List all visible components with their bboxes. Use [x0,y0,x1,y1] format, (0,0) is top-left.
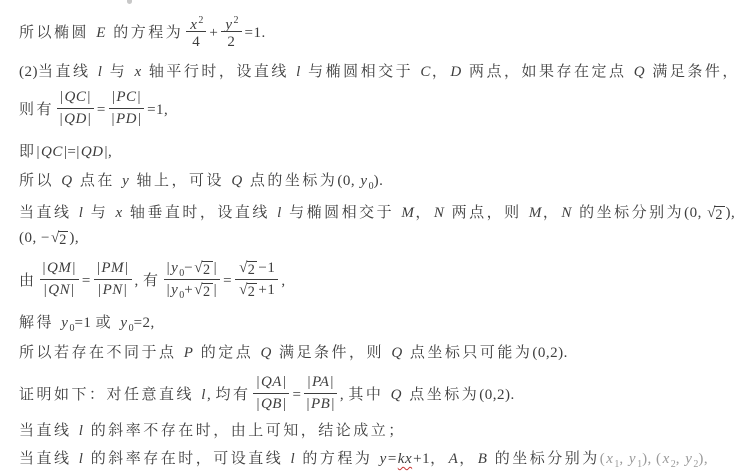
cjk-text: 两点，则 [445,205,528,221]
math-plain-text: | [283,374,287,390]
math-plain-text: −1 [258,260,275,276]
math-plain-text: | [60,89,64,105]
square-root: √2 [194,283,212,301]
crop-artifact-mark [127,0,132,4]
math-variable: l [295,64,302,80]
math-plain-text: | [331,396,335,412]
radicand: 2 [247,261,258,279]
cjk-text: 当直线 [38,64,97,80]
cjk-text: ， [430,451,448,467]
math-plain-text: | [43,260,47,276]
fraction: y22 [221,11,241,53]
math-plain-text: | [97,260,101,276]
radicand: 2 [714,206,724,224]
cjk-text: 即 [19,144,37,160]
math-variable: x [189,17,198,33]
fraction: |QA||QB| [253,373,289,415]
text-line: 当直线 l 的斜率不存在时，由上可知，结论成立； [19,418,736,444]
math-variable: QB [260,396,283,412]
math-variable: PD [115,111,138,127]
denominator: √2+1 [238,280,275,301]
math-variable: y [170,260,179,276]
cjk-text: 轴垂直时，设直线 [124,205,277,221]
math-plain-text: = [292,387,301,403]
math-variable: P [183,345,195,361]
cjk-text: ， [543,205,561,221]
math-plain-text: ), [726,205,736,221]
fraction: |QM||QN| [40,259,79,301]
math-variable: QC [40,144,64,160]
cjk-text: 点坐标为 [403,387,479,403]
cjk-text: 点在 [74,173,122,189]
math-variable: QD [80,144,105,160]
math-plain-text: | [307,374,311,390]
numerator: |PA| [304,373,336,394]
cjk-text: 点坐标只可能为 [404,345,533,361]
fraction: |PA||PB| [304,373,336,415]
denominator: |QB| [256,394,286,415]
denominator: |QD| [60,109,92,130]
math-variable: y [121,173,130,189]
math-plain-text: | [330,374,334,390]
math-plain-text: = [82,273,91,289]
math-plain-text: = [97,102,106,118]
text-line: 当直线 l 与 x 轴垂直时，设直线 l 与椭圆相交于 M，N 两点，则 M，N… [19,200,736,226]
cjk-text: ， [432,64,450,80]
math-plain-text: (0, [337,173,359,189]
math-variable: M [528,205,543,221]
math-plain-text: | [125,260,129,276]
math-variable: y [628,451,637,467]
math-variable: PA [311,374,330,390]
math-plain-text: (2) [19,64,38,80]
radicand: 2 [58,231,68,249]
math-plain-text: , [281,273,285,289]
math-plain-text: ), [698,451,708,467]
numerator: |PC| [109,88,144,109]
denominator: 4 [192,32,200,53]
numerator: |PM| [94,259,132,280]
cjk-text: 的斜率存在时，可设直线 [84,451,289,467]
math-plain-text: = [223,273,232,289]
cjk-text: 两点，如果存在定点 [463,64,633,80]
text-line: 所以 Q 点在 y 轴上，可设 Q 点的坐标为(0, y0). [19,168,736,194]
fraction: |QC||QD| [57,88,94,130]
cjk-text: 所以 [19,173,60,189]
cjk-text: 点的坐标为 [244,173,338,189]
math-variable: PB [310,396,331,412]
cjk-text: 轴平行时，设直线 [143,64,296,80]
math-variable: y [379,451,388,467]
math-plain-text: (0,2). [532,345,568,361]
math-plain-text: | [167,282,171,298]
math-variable: PC [115,89,137,105]
math-plain-text: | [256,396,260,412]
fraction: x24 [186,11,206,53]
math-plain-text: | [256,374,260,390]
denominator: |y0+√2| [167,280,218,301]
cjk-text: 解得 [19,315,60,331]
math-variable: QA [260,374,283,390]
numerator: |QM| [40,259,79,280]
text-line: 证明如下：对任意直线 l, 均有|QA||QB|=|PA||PB|, 其中 Q … [19,372,736,418]
math-plain-text: | [167,260,171,276]
math-plain-text: =1, [147,102,168,118]
math-plain-text: | [214,260,218,276]
fraction: |y0−√2||y0+√2| [164,259,221,301]
math-plain-text: | [138,111,142,127]
math-plain-text: =1 [74,315,95,331]
math-plain-text: ), [69,230,79,246]
math-plain-text: , [135,273,144,289]
denominator: 2 [227,32,235,53]
math-variable: C [419,64,432,80]
denominator: |PD| [111,109,141,130]
cjk-text: 所以若存在不同于点 [19,345,183,361]
math-variable: QD [63,111,88,127]
math-plain-text: | [72,260,76,276]
cjk-text: 与 [84,205,114,221]
math-plain-text: | [88,111,92,127]
fraction: |PM||PN| [94,259,132,301]
cjk-text: 的坐标分别为 [488,451,599,467]
cjk-text: 当直线 [19,423,78,439]
text-line: 所以若存在不同于点 P 的定点 Q 满足条件，则 Q 点坐标只可能为(0,2). [19,340,736,366]
text-line: 即|QC|=|QD|, [19,139,736,165]
math-variable: B [477,451,489,467]
math-plain-text: | [138,89,142,105]
math-variable: Q [259,345,272,361]
cjk-text: 有 [143,273,161,289]
math-variable: y [224,17,233,33]
math-plain-text: (0, [684,205,706,221]
numerator: |y0−√2| [164,259,221,280]
math-variable: D [449,64,462,80]
superscript: 2 [198,15,203,26]
math-variable: N [560,205,573,221]
math-solution-document: 所以椭圆 E 的方程为x24+y22=1. (2)当直线 l 与 x 轴平行时，… [0,0,736,473]
text-line: (2)当直线 l 与 x 轴平行时，设直线 l 与椭圆相交于 C，D 两点，如果… [19,59,736,85]
fraction: √2−1√2+1 [235,259,278,301]
cjk-text: 满足条件，则 [273,345,391,361]
radicand: 2 [202,261,213,279]
cjk-text: 证明如下：对任意直线 [19,387,200,403]
text-line: 由|QM||QN|=|PM||PN|, 有|y0−√2||y0+√2|=√2−1… [19,258,736,304]
cjk-text: 当直线 [19,451,78,467]
math-plain-text: | [283,396,287,412]
text-line: 解得 y0=1 或 y0=2, [19,310,736,336]
math-variable: QC [64,89,88,105]
math-variable: Q [60,173,73,189]
math-variable: Q [230,173,243,189]
math-variable: A [448,451,460,467]
cjk-text: 均有 [215,387,250,403]
math-plain-text: = [388,451,397,467]
math-plain-text: | [214,282,218,298]
math-variable: QN [47,282,71,298]
square-root: √2 [194,261,212,279]
math-plain-text: | [124,282,128,298]
math-plain-text: + [184,282,193,298]
math-plain-text: (0,2). [479,387,515,403]
math-plain-text: 2 [227,34,235,50]
math-plain-text: − [184,260,193,276]
cjk-text: 与椭圆相交于 [302,64,420,80]
math-plain-text: ). [374,173,384,189]
superscript: 2 [234,15,239,26]
cjk-text: 的坐标分别为 [573,205,684,221]
math-variable: x [605,451,614,467]
denominator: |PB| [306,394,334,415]
math-variable: y [119,315,128,331]
math-variable: Q [390,387,403,403]
math-plain-text: =1. [245,25,266,41]
square-root: √2 [239,261,257,279]
square-root: √2 [707,206,724,224]
cjk-text: 的斜率不存在时，由上可知，结论成立； [84,423,405,439]
math-plain-text: + [209,25,218,41]
numerator: |QC| [57,88,94,109]
numerator: √2−1 [235,259,278,280]
cjk-text: 其中 [348,387,389,403]
text-line: 当直线 l 的斜率存在时，可设直线 l 的方程为 y=kx+1，A，B 的坐标分… [19,446,736,472]
math-variable: QM [46,260,72,276]
math-variable: kx [397,451,413,467]
cjk-text: 轴上，可设 [130,173,230,189]
math-variable: M [400,205,415,221]
numerator: x2 [186,11,206,32]
math-variable: x [662,451,671,467]
radicand: 2 [247,283,258,301]
math-variable: l [276,205,283,221]
math-variable: Q [390,345,403,361]
math-plain-text: (0, − [19,230,50,246]
square-root: √2 [239,283,257,301]
math-variable: E [95,25,107,41]
math-plain-text: , [619,451,628,467]
cjk-text: 的方程为 [107,25,183,41]
denominator: |PN| [98,280,127,301]
text-line: 则有|QC||QD|=|PC||PD|=1, [19,87,736,133]
math-plain-text: |, [105,144,113,160]
square-root: √2 [51,231,68,249]
math-variable: l [200,387,207,403]
cjk-text: ， [415,205,433,221]
radicand: 2 [202,283,213,301]
numerator: |QA| [253,373,289,394]
numerator: y2 [221,11,241,32]
cjk-text: 满足条件， [646,64,736,80]
cjk-text: 的定点 [194,345,259,361]
cjk-text: 与 [103,64,133,80]
math-plain-text: |=| [64,144,80,160]
math-variable: y [170,282,179,298]
cjk-text: 则有 [19,102,54,118]
spellcheck-underlined-text: kx [397,451,413,467]
cjk-text: 的方程为 [296,451,379,467]
math-plain-text: | [87,89,91,105]
math-plain-text: =2, [134,315,155,331]
math-variable: x [133,64,142,80]
math-plain-text: ), ( [642,451,662,467]
cjk-text: 所以椭圆 [19,25,95,41]
math-variable: PM [100,260,125,276]
text-line: 所以椭圆 E 的方程为x24+y22=1. [19,10,736,56]
fraction: |PC||PD| [109,88,144,130]
cjk-text: ， [459,451,477,467]
cjk-text: 与椭圆相交于 [283,205,401,221]
math-variable: N [433,205,446,221]
math-plain-text: | [112,89,116,105]
cjk-text: 或 [96,315,120,331]
math-plain-text: , [676,451,685,467]
cjk-text: 由 [19,273,37,289]
cjk-text: 当直线 [19,205,78,221]
math-variable: x [114,205,123,221]
math-plain-text: | [71,282,75,298]
math-variable: Q [633,64,646,80]
text-line: (0, −√2), [19,225,736,251]
denominator: |QN| [44,280,75,301]
math-plain-text: +1 [413,451,430,467]
math-plain-text: 4 [192,34,200,50]
math-plain-text: +1 [258,282,275,298]
math-variable: y [359,173,368,189]
math-variable: PN [102,282,124,298]
